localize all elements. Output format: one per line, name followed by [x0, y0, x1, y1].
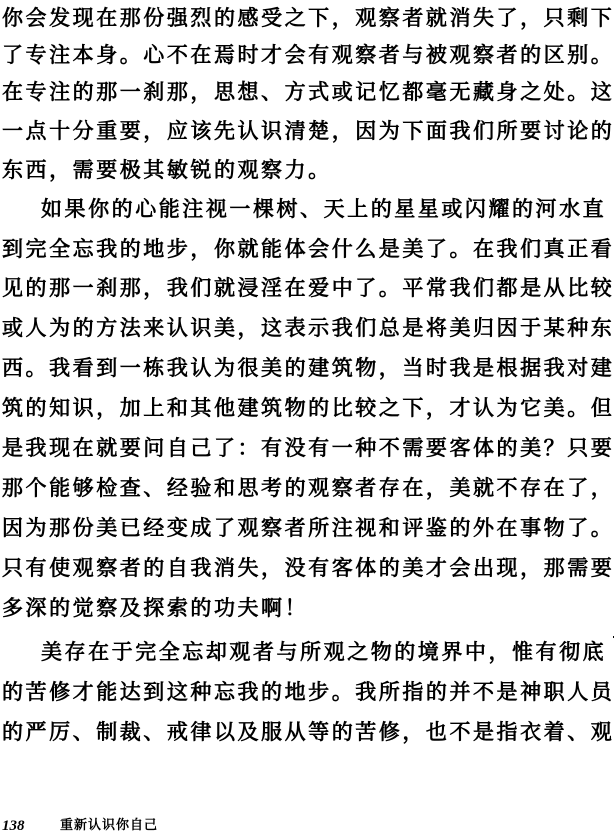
text-line: 见的那一刹那，我们就浸淫在爱中了。平常我们都是从比较: [2, 273, 614, 303]
paragraph-start-line: 美存在于完全忘却观者与所观之物的境界中，惟有彻底: [41, 637, 606, 667]
text-line: 或人为的方法来认识美，这表示我们总是将美归因于某种东: [2, 313, 614, 343]
running-title: 重新认识你自己: [60, 816, 158, 836]
text-line: 你会发现在那份强烈的感受之下，观察者就消失了，只剩下: [2, 3, 614, 33]
book-page: 你会发现在那份强烈的感受之下，观察者就消失了，只剩下 了专注本身。心不在焉时才会…: [0, 0, 616, 836]
text-line: 一点十分重要，应该先认识清楚，因为下面我们所要讨论的: [2, 116, 614, 146]
text-line: 在专注的那一刹那，思想、方式或记忆都毫无藏身之处。这: [2, 77, 614, 107]
text-line: 了专注本身。心不在焉时才会有观察者与被观察者的区别。: [2, 40, 614, 70]
scan-speck: [613, 636, 614, 638]
text-line: 是我现在就要问自己了：有没有一种不需要客体的美？只要: [2, 433, 614, 463]
text-line: 因为那份美已经变成了观察者所注视和评鉴的外在事物了。: [2, 513, 614, 543]
text-line: 到完全忘我的地步，你就能体会什么是美了。在我们真正看: [2, 234, 614, 264]
text-line: 东西，需要极其敏锐的观察力。: [2, 155, 332, 185]
text-line: 的严厉、制裁、戒律以及服从等的苦修，也不是指衣着、观: [2, 717, 614, 747]
text-line: 的苦修才能达到这种忘我的地步。我所指的并不是神职人员: [2, 677, 614, 707]
text-line: 多深的觉察及探索的功夫啊！: [2, 593, 308, 623]
paragraph-start-line: 如果你的心能注视一棵树、天上的星星或闪耀的河水直: [41, 194, 606, 224]
text-line: 筑的知识，加上和其他建筑物的比较之下，才认为它美。但: [2, 393, 614, 423]
text-line: 那个能够检查、经验和思考的观察者存在，美就不存在了，: [2, 473, 614, 503]
text-line: 只有使观察者的自我消失，没有客体的美才会出现，那需要: [2, 553, 614, 583]
text-line: 西。我看到一栋我认为很美的建筑物，当时我是根据我对建: [2, 353, 614, 383]
page-number: 138: [2, 816, 25, 836]
